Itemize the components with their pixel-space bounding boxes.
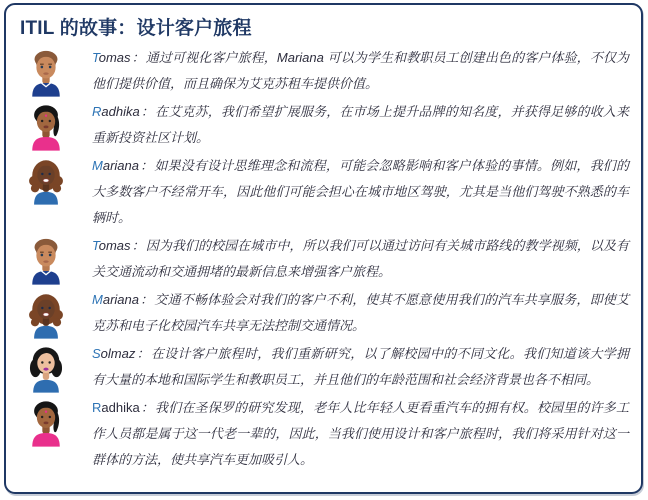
avatar-tomas <box>24 47 68 97</box>
avatar-mariana <box>24 289 68 339</box>
speaker-name-rest: ariana <box>103 292 139 307</box>
content-frame: ITIL 的故事：设计客户旅程 Tomas：通过可视化客户旅程，Mariana … <box>4 3 643 494</box>
colon: ： <box>140 400 155 415</box>
avatar-radhika <box>24 101 68 151</box>
speaker-initial: M <box>92 158 103 173</box>
avatar-tomas <box>24 235 68 285</box>
speaker-initial: S <box>92 346 101 361</box>
page: ITIL 的故事：设计客户旅程 Tomas：通过可视化客户旅程，Mariana … <box>0 0 648 500</box>
speech-body: 如果没有设计思维理念和流程，可能会忽略影响和客户体验的事情。例如，我们的大多数客… <box>92 158 629 225</box>
colon: ： <box>131 50 146 65</box>
colon: ： <box>139 292 154 307</box>
speaker-name: Mariana <box>92 292 139 307</box>
speaker-name-rest: olmaz <box>101 346 136 361</box>
speech-text: Tomas：通过可视化客户旅程，Mariana 可以为学生和教职员工创建出色的客… <box>92 45 629 97</box>
speaker-initial: R <box>92 400 101 415</box>
speech-body: 我们在圣保罗的研究发现，老年人比年轻人更看重汽车的拥有权。校园里的许多工作人员都… <box>92 400 629 467</box>
speech-body: 在艾克苏，我们希望扩展服务，在市场上提升品牌的知名度，并获得足够的收入来重新投资… <box>92 104 629 145</box>
speaker-name: Tomas <box>92 238 131 253</box>
colon: ： <box>139 158 154 173</box>
speaker-name: Mariana <box>92 158 139 173</box>
speech-text: Solmaz：在设计客户旅程时，我们重新研究，以了解校园中的不同文化。我们知道该… <box>92 341 629 393</box>
dialog-row: Mariana：交通不畅体验会对我们的客户不利，使其不愿意使用我们的汽车共享服务… <box>18 287 629 339</box>
speaker-name-rest: adhika <box>101 104 139 119</box>
page-title: ITIL 的故事：设计客户旅程 <box>20 13 629 40</box>
speaker-name: Solmaz <box>92 346 135 361</box>
speaker-name: Radhika <box>92 104 140 119</box>
avatar-mariana <box>24 155 68 205</box>
speech-body: 因为我们的校园在城市中，所以我们可以通过访问有关城市路线的教学视频，以及有关交通… <box>92 238 629 279</box>
speech-body: 交通不畅体验会对我们的客户不利，使其不愿意使用我们的汽车共享服务，即使艾克苏和电… <box>92 292 629 333</box>
dialog-row: Tomas：因为我们的校园在城市中，所以我们可以通过访问有关城市路线的教学视频，… <box>18 233 629 285</box>
speaker-initial: R <box>92 104 101 119</box>
speaker-name-rest: omas <box>99 50 131 65</box>
colon: ： <box>131 238 146 253</box>
avatar-solmaz <box>24 343 68 393</box>
dialog-row: Radhika：我们在圣保罗的研究发现，老年人比年轻人更看重汽车的拥有权。校园里… <box>18 395 629 473</box>
colon: ： <box>140 104 155 119</box>
dialog-row: Tomas：通过可视化客户旅程，Mariana 可以为学生和教职员工创建出色的客… <box>18 45 629 97</box>
colon: ： <box>135 346 151 361</box>
dialog-row: Mariana：如果没有设计思维理念和流程，可能会忽略影响和客户体验的事情。例如… <box>18 153 629 231</box>
speaker-name: Radhika <box>92 400 140 415</box>
speaker-name: Tomas <box>92 50 131 65</box>
speaker-initial: T <box>92 50 99 65</box>
dialog-list: Tomas：通过可视化客户旅程，Mariana 可以为学生和教职员工创建出色的客… <box>18 45 629 473</box>
avatar-radhika <box>24 397 68 447</box>
speaker-name-rest: adhika <box>101 400 139 415</box>
dialog-row: Radhika：在艾克苏，我们希望扩展服务，在市场上提升品牌的知名度，并获得足够… <box>18 99 629 151</box>
speech-body: 通过可视化客户旅程，Mariana 可以为学生和教职员工创建出色的客户体验，不仅… <box>92 50 629 91</box>
speech-text: Mariana：交通不畅体验会对我们的客户不利，使其不愿意使用我们的汽车共享服务… <box>92 287 629 339</box>
speaker-initial: T <box>92 238 99 253</box>
speech-text: Radhika：在艾克苏，我们希望扩展服务，在市场上提升品牌的知名度，并获得足够… <box>92 99 629 151</box>
dialog-row: Solmaz：在设计客户旅程时，我们重新研究，以了解校园中的不同文化。我们知道该… <box>18 341 629 393</box>
speech-body: 在设计客户旅程时，我们重新研究，以了解校园中的不同文化。我们知道该大学拥有大量的… <box>92 346 629 387</box>
speaker-name-rest: omas <box>99 238 131 253</box>
speech-text: Mariana：如果没有设计思维理念和流程，可能会忽略影响和客户体验的事情。例如… <box>92 153 629 231</box>
speaker-initial: M <box>92 292 103 307</box>
speaker-name-rest: ariana <box>103 158 139 173</box>
speech-text: Tomas：因为我们的校园在城市中，所以我们可以通过访问有关城市路线的教学视频，… <box>92 233 629 285</box>
speech-text: Radhika：我们在圣保罗的研究发现，老年人比年轻人更看重汽车的拥有权。校园里… <box>92 395 629 473</box>
